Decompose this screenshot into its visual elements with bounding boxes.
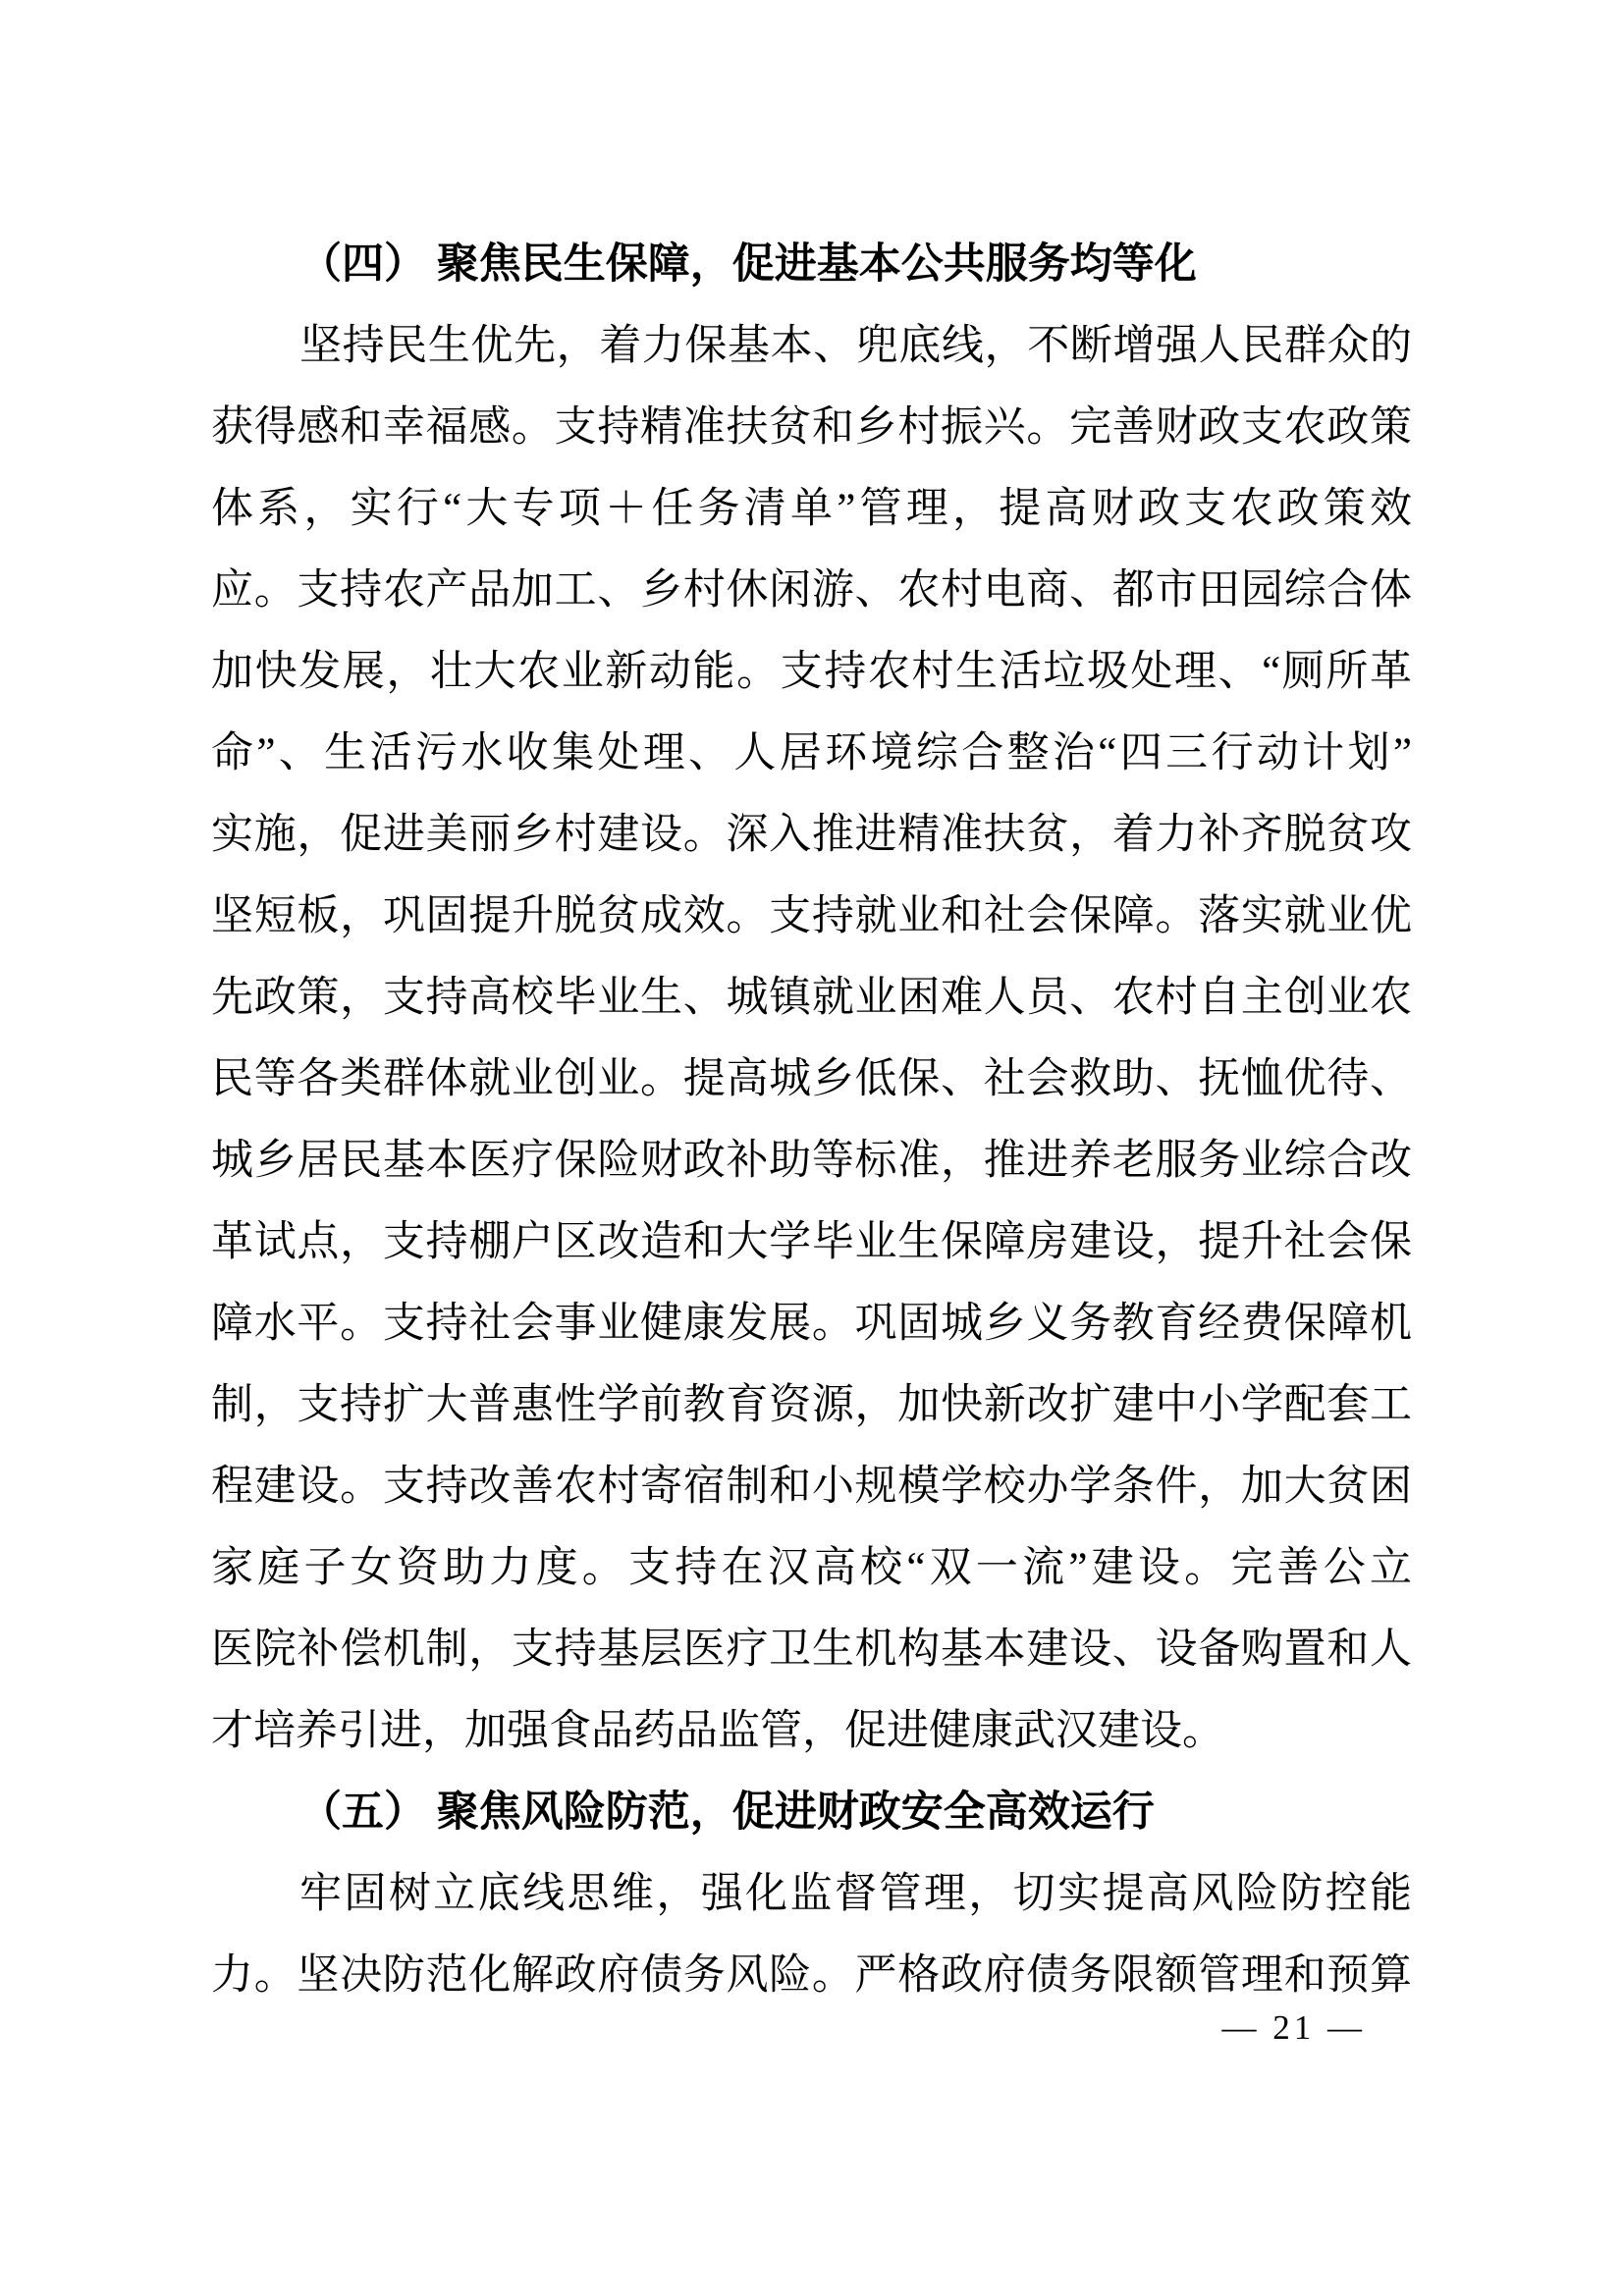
page-number: — 21 — bbox=[1222, 2004, 1367, 2052]
body-line: 先政策，支持高校毕业生、城镇就业困难人员、农村自主创业农 bbox=[211, 957, 1412, 1039]
body-line: 实施，促进美丽乡村建设。深入推进精准扶贫，着力补齐脱贫攻 bbox=[211, 794, 1412, 876]
body-line: 才培养引进，加强食品药品监管，促进健康武汉建设。 bbox=[211, 1690, 1412, 1772]
body-line: 坚短板，巩固提升脱贫成效。支持就业和社会保障。落实就业优 bbox=[211, 876, 1412, 957]
document-body: （四） 聚焦民生保障，促进基本公共服务均等化 坚持民生优先，着力保基本、兜底线，… bbox=[211, 224, 1412, 2016]
body-line: 制，支持扩大普惠性学前教育资源，加快新改扩建中小学配套工 bbox=[211, 1364, 1412, 1446]
body-line: 牢固树立底线思维，强化监督管理，切实提高风险防控能 bbox=[211, 1853, 1412, 1935]
body-line: 革试点，支持棚户区改造和大学毕业生保障房建设，提升社会保 bbox=[211, 1201, 1412, 1283]
section-heading-4: （四） 聚焦民生保障，促进基本公共服务均等化 bbox=[211, 224, 1412, 305]
body-line: 民等各类群体就业创业。提高城乡低保、社会救助、抚恤优待、 bbox=[211, 1039, 1412, 1120]
body-line: 家庭子女资助力度。支持在汉高校“双一流”建设。完善公立 bbox=[211, 1527, 1412, 1609]
body-line: 加快发展，壮大农业新动能。支持农村生活垃圾处理、“厕所革 bbox=[211, 631, 1412, 713]
body-line: 障水平。支持社会事业健康发展。巩固城乡义务教育经费保障机 bbox=[211, 1283, 1412, 1364]
body-line: 程建设。支持改善农村寄宿制和小规模学校办学条件，加大贫困 bbox=[211, 1446, 1412, 1527]
document-page: （四） 聚焦民生保障，促进基本公共服务均等化 坚持民生优先，着力保基本、兜底线，… bbox=[0, 0, 1623, 2296]
body-line: 体系，实行“大专项＋任务清单”管理，提高财政支农政策效 bbox=[211, 468, 1412, 550]
body-line: 命”、生活污水收集处理、人居环境综合整治“四三行动计划” bbox=[211, 713, 1412, 794]
section-heading-5: （五） 聚焦风险防范，促进财政安全高效运行 bbox=[211, 1772, 1412, 1853]
body-line: 应。支持农产品加工、乡村休闲游、农村电商、都市田园综合体 bbox=[211, 550, 1412, 631]
body-line: 坚持民生优先，着力保基本、兜底线，不断增强人民群众的 bbox=[211, 305, 1412, 387]
body-line: 城乡居民基本医疗保险财政补助等标准，推进养老服务业综合改 bbox=[211, 1120, 1412, 1201]
body-line: 医院补偿机制，支持基层医疗卫生机构基本建设、设备购置和人 bbox=[211, 1609, 1412, 1690]
body-line: 获得感和幸福感。支持精准扶贫和乡村振兴。完善财政支农政策 bbox=[211, 387, 1412, 468]
